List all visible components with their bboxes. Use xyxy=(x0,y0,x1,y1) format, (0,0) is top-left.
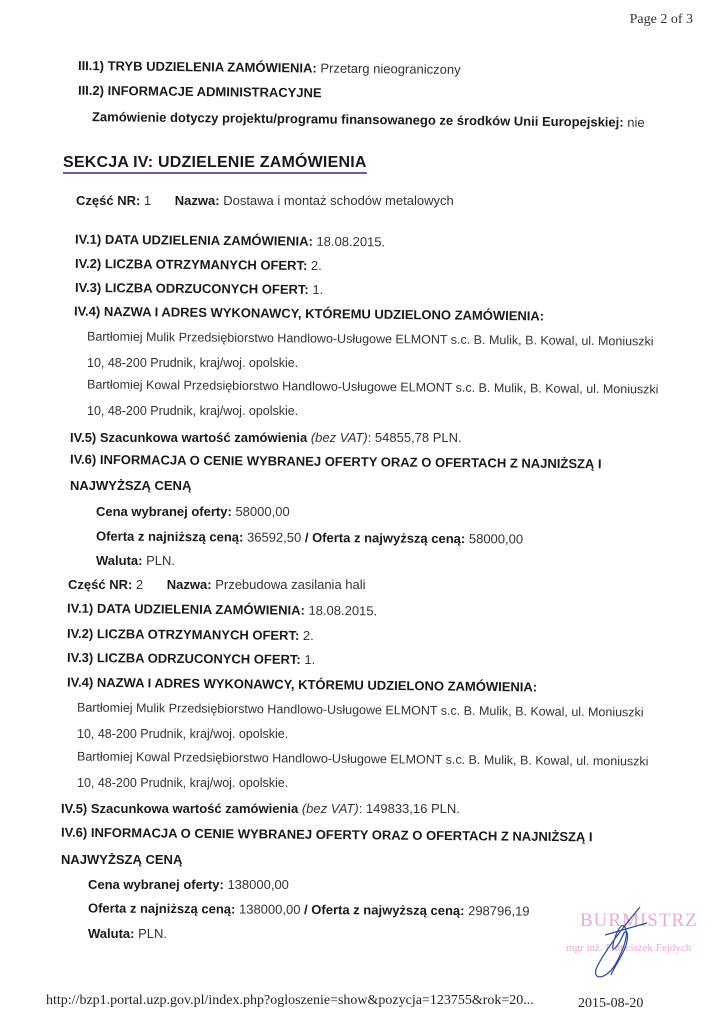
part-2-received: IV.2) LICZBA OTRZYMANYCH OFERT: 2. xyxy=(67,626,314,643)
part-1-received: IV.2) LICZBA OTRZYMANYCH OFERT: 2. xyxy=(75,256,322,273)
part-2-contractor-2-line1: Bartłomiej Kowal Przedsiębiorstwo Handlo… xyxy=(77,750,649,769)
part-1-currency: Waluta: PLN. xyxy=(96,553,175,568)
highest-value: 58000,00 xyxy=(469,531,523,546)
received-label: IV.2) LICZBA OTRZYMANYCH OFERT: xyxy=(67,626,299,643)
part-2-rejected: IV.3) LICZBA ODRZUCONYCH OFERT: 1. xyxy=(67,650,315,667)
part-1-price-info-line1: IV.6) INFORMACJA O CENIE WYBRANEJ OFERTY… xyxy=(70,452,602,472)
part-2-contractor-heading: IV.4) NAZWA I ADRES WYKONAWCY, KTÓREMU U… xyxy=(67,675,537,695)
highest-value: 298796,19 xyxy=(468,903,530,918)
part-2-date: IV.1) DATA UDZIELENIA ZAMÓWIENIA: 18.08.… xyxy=(67,601,377,619)
highest-label: / Oferta z najwyższą ceną: xyxy=(304,902,465,918)
nr-value: 2 xyxy=(136,577,143,592)
received-value: 2. xyxy=(303,628,314,643)
info-admin-heading: III.2) INFORMACJE ADMINISTRACYJNE xyxy=(78,83,322,101)
part-1-header: Część NR: 1 Nazwa: Dostawa i montaż scho… xyxy=(76,193,454,208)
date-label: IV.1) DATA UDZIELENIA ZAMÓWIENIA: xyxy=(75,232,313,249)
part-1-contractor-2-line2: 10, 48-200 Prudnik, kraj/woj. opolskie. xyxy=(87,404,298,418)
part-1-range: Oferta z najniższą ceną: 36592,50 / Ofer… xyxy=(96,529,523,547)
rejected-value: 1. xyxy=(312,282,323,297)
nr-label: Część NR: xyxy=(76,193,140,208)
part-1-rejected: IV.3) LICZBA ODRZUCONYCH OFERT: 1. xyxy=(75,280,323,297)
part-1-chosen: Cena wybranej oferty: 58000,00 xyxy=(96,504,290,519)
eu-value: nie xyxy=(627,115,645,130)
lowest-value: 36592,50 xyxy=(247,530,301,545)
part-2-chosen: Cena wybranej oferty: 138000,00 xyxy=(88,877,289,892)
eu-row: Zamówienie dotyczy projektu/programu fin… xyxy=(92,109,645,130)
section-title: SEKCJA IV: UDZIELENIE ZAMÓWIENIA xyxy=(63,154,367,174)
currency-value: PLN. xyxy=(146,553,175,568)
page-indicator: Page 2 of 3 xyxy=(630,12,693,28)
eu-label: Zamówienie dotyczy projektu/programu fin… xyxy=(92,109,624,130)
part-2-price-info-line1: IV.6) INFORMACJA O CENIE WYBRANEJ OFERTY… xyxy=(61,825,593,845)
estimate-label: IV.5) Szacunkowa wartość zamówienia xyxy=(61,801,298,816)
rejected-value: 1. xyxy=(304,652,315,667)
signature-icon xyxy=(585,905,655,985)
highest-label: / Oferta z najwyższą ceną: xyxy=(305,530,466,546)
part-1-date: IV.1) DATA UDZIELENIA ZAMÓWIENIA: 18.08.… xyxy=(75,232,385,250)
estimate-value: : 149833,16 PLN. xyxy=(359,801,460,816)
chosen-label: Cena wybranej oferty: xyxy=(88,877,224,892)
part-1-contractor-1-line1: Bartłomiej Mulik Przedsiębiorstwo Handlo… xyxy=(87,330,654,349)
nr-value: 1 xyxy=(144,193,151,208)
estimate-label: IV.5) Szacunkowa wartość zamówienia xyxy=(70,430,307,445)
chosen-label: Cena wybranej oferty: xyxy=(96,504,232,519)
estimate-vat: (bez VAT) xyxy=(302,801,359,816)
footer-url: http://bzp1.portal.uzp.gov.pl/index.php?… xyxy=(46,993,534,1009)
part-1-price-info-line2: NAJWYŻSZĄ CENĄ xyxy=(70,478,191,493)
name-value: Przebudowa zasilania hali xyxy=(215,577,365,592)
part-1-contractor-2-line1: Bartłomiej Kowal Przedsiębiorstwo Handlo… xyxy=(87,378,659,397)
part-1-contractor-1-line2: 10, 48-200 Prudnik, kraj/woj. opolskie. xyxy=(87,356,298,370)
estimate-value: : 54855,78 PLN. xyxy=(368,430,462,445)
date-label: IV.1) DATA UDZIELENIA ZAMÓWIENIA: xyxy=(67,601,305,618)
rejected-label: IV.3) LICZBA ODRZUCONYCH OFERT: xyxy=(75,280,309,297)
part-2-estimate: IV.5) Szacunkowa wartość zamówienia (bez… xyxy=(61,801,460,816)
tryb-label: III.1) TRYB UDZIELENIA ZAMÓWIENIA: xyxy=(78,58,317,75)
lowest-label: Oferta z najniższą ceną: xyxy=(96,529,243,545)
lowest-value: 138000,00 xyxy=(239,902,301,917)
received-value: 2. xyxy=(311,258,322,273)
tryb-value: Przetarg nieograniczony xyxy=(320,61,460,77)
lowest-label: Oferta z najniższą ceną: xyxy=(88,900,235,916)
currency-value: PLN. xyxy=(138,926,167,941)
part-1-contractor-heading: IV.4) NAZWA I ADRES WYKONAWCY, KTÓREMU U… xyxy=(74,304,544,324)
name-value: Dostawa i montaż schodów metalowych xyxy=(223,193,454,208)
part-2-contractor-2-line2: 10, 48-200 Prudnik, kraj/woj. opolskie. xyxy=(77,776,288,790)
part-2-contractor-1-line2: 10, 48-200 Prudnik, kraj/woj. opolskie. xyxy=(77,727,288,741)
name-label: Nazwa: xyxy=(175,193,220,208)
currency-label: Waluta: xyxy=(88,926,134,941)
part-2-currency: Waluta: PLN. xyxy=(88,926,167,941)
currency-label: Waluta: xyxy=(96,553,142,568)
part-1-estimate: IV.5) Szacunkowa wartość zamówienia (bez… xyxy=(70,430,462,445)
rejected-label: IV.3) LICZBA ODRZUCONYCH OFERT: xyxy=(67,650,301,667)
part-2-header: Część NR: 2 Nazwa: Przebudowa zasilania … xyxy=(68,577,366,592)
part-2-range: Oferta z najniższą ceną: 138000,00 / Ofe… xyxy=(88,900,530,918)
chosen-value: 58000,00 xyxy=(235,504,289,519)
name-label: Nazwa: xyxy=(167,577,212,592)
chosen-value: 138000,00 xyxy=(227,877,288,892)
footer-date: 2015-08-20 xyxy=(578,996,643,1012)
received-label: IV.2) LICZBA OTRZYMANYCH OFERT: xyxy=(75,256,307,273)
part-2-price-info-line2: NAJWYŻSZĄ CENĄ xyxy=(61,852,182,867)
part-2-contractor-1-line1: Bartłomiej Mulik Przedsiębiorstwo Handlo… xyxy=(77,701,644,720)
date-value: 18.08.2015. xyxy=(316,234,385,250)
date-value: 18.08.2015. xyxy=(308,603,377,619)
tryb-row: III.1) TRYB UDZIELENIA ZAMÓWIENIA: Przet… xyxy=(78,58,461,77)
estimate-vat: (bez VAT) xyxy=(311,430,368,445)
nr-label: Część NR: xyxy=(68,577,132,592)
